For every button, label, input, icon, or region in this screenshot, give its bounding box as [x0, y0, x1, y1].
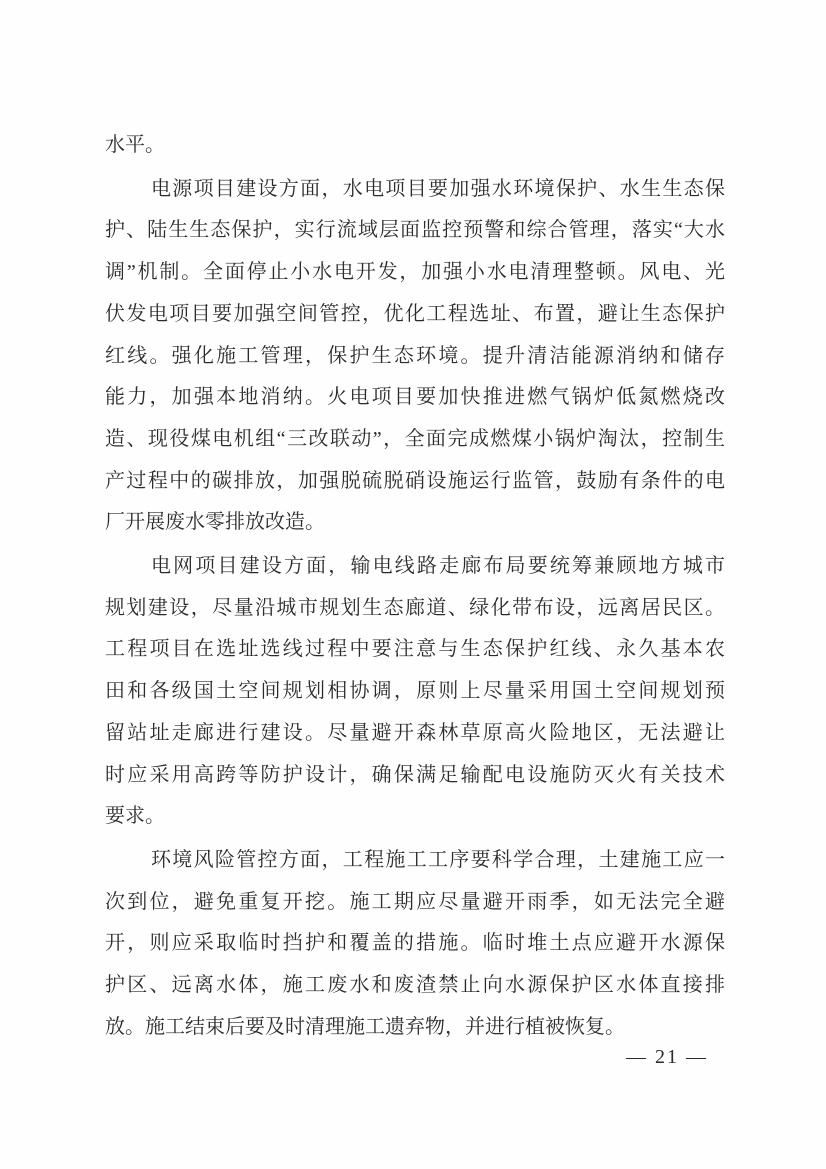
- page-number: — 21 —: [626, 1046, 708, 1068]
- text-line: 时应采用高跨等防护设计，确保满足输配电设施防灭火有关技术: [105, 755, 725, 797]
- text-line: 护、陆生生态保护，实行流域层面监控预警和综合管理，落实“大水: [105, 210, 725, 252]
- text-line: 调”机制。全面停止小水电开发，加强小水电清理整顿。风电、光: [105, 252, 725, 294]
- text-line: 红线。强化施工管理，保护生态环境。提升清洁能源消纳和储存: [105, 336, 725, 378]
- text-line: 产过程中的碳排放，加强脱硫脱硝设施运行监管，鼓励有条件的电: [105, 461, 725, 503]
- text-line: 要求。: [105, 796, 725, 838]
- text-line: 能力，加强本地消纳。火电项目要加快推进燃气锅炉低氮燃烧改: [105, 377, 725, 419]
- text-line: 田和各级国土空间规划相协调，原则上尽量采用国土空间规划预: [105, 671, 725, 713]
- paragraph: 电网项目建设方面，输电线路走廊布局要统筹兼顾地方城市规划建设，尽量沿城市规划生态…: [105, 546, 725, 838]
- text-line: 工程项目在选址选线过程中要注意与生态保护红线、永久基本农: [105, 629, 725, 671]
- paragraph: 环境风险管控方面，工程施工工序要科学合理，土建施工应一次到位，避免重复开挖。施工…: [105, 840, 725, 1049]
- document-page: 水平。电源项目建设方面，水电项目要加强水环境保护、水生生态保护、陆生生态保护，实…: [0, 0, 826, 1169]
- text-line: 电源项目建设方面，水电项目要加强水环境保护、水生生态保: [105, 169, 725, 211]
- page-footer: — 21 —: [626, 1042, 708, 1072]
- paragraph: 电源项目建设方面，水电项目要加强水环境保护、水生生态保护、陆生生态保护，实行流域…: [105, 169, 725, 544]
- text-line: 伏发电项目要加强空间管控，优化工程选址、布置，避让生态保护: [105, 294, 725, 336]
- text-line: 环境风险管控方面，工程施工工序要科学合理，土建施工应一: [105, 840, 725, 882]
- text-line: 规划建设，尽量沿城市规划生态廊道、绿化带布设，远离居民区。: [105, 588, 725, 630]
- text-line: 开，则应采取临时挡护和覆盖的措施。临时堆土点应避开水源保: [105, 923, 725, 965]
- paragraph: 水平。: [105, 125, 725, 167]
- text-line: 电网项目建设方面，输电线路走廊布局要统筹兼顾地方城市: [105, 546, 725, 588]
- document-body: 水平。电源项目建设方面，水电项目要加强水环境保护、水生生态保护、陆生生态保护，实…: [105, 125, 725, 1048]
- text-line: 留站址走廊进行建设。尽量避开森林草原高火险地区，无法避让: [105, 713, 725, 755]
- text-line: 厂开展废水零排放改造。: [105, 502, 725, 544]
- text-line: 次到位，避免重复开挖。施工期应尽量避开雨季，如无法完全避: [105, 882, 725, 924]
- text-line: 护区、远离水体，施工废水和废渣禁止向水源保护区水体直接排: [105, 965, 725, 1007]
- text-line: 水平。: [105, 125, 725, 167]
- text-line: 造、现役煤电机组“三改联动”，全面完成燃煤小锅炉淘汰，控制生: [105, 419, 725, 461]
